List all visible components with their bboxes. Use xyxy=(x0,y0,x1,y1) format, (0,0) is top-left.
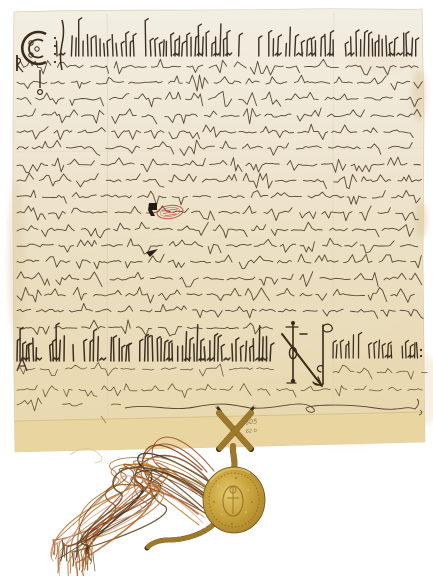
silk-thread-tip xyxy=(61,540,63,561)
silk-thread-tip xyxy=(93,554,95,571)
charter-photo: 1605 62 b xyxy=(0,0,433,576)
charter-canvas: 1605 62 b xyxy=(0,0,433,576)
note-line-2: 62 b xyxy=(246,428,258,435)
cord-tip xyxy=(214,404,217,407)
thread-fray xyxy=(51,437,220,576)
seal-tail xyxy=(147,522,216,548)
golden-bulla xyxy=(203,467,265,533)
cord-tip xyxy=(253,404,256,407)
silk-thread-tip xyxy=(56,543,58,559)
